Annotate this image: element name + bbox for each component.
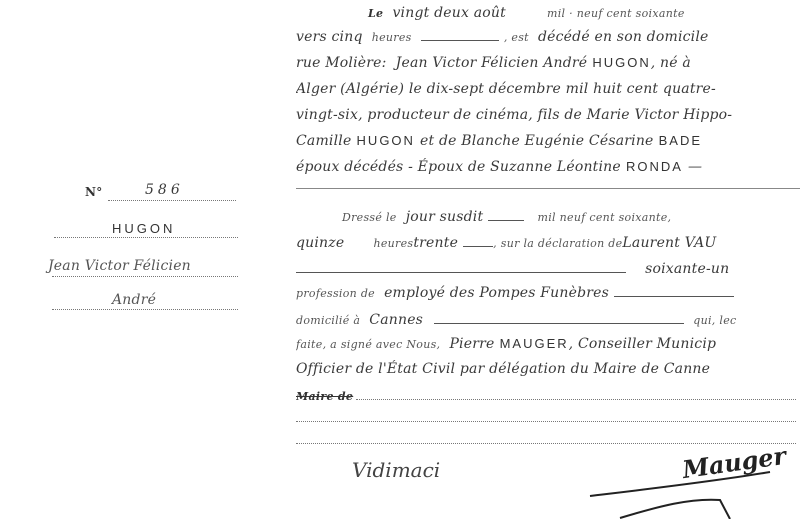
label-dresse-le: Dressé le — [342, 211, 397, 224]
label-est: , est — [504, 31, 529, 44]
occupation-parents-handwritten: vingt-six, producteur de cinéma, fils de… — [296, 107, 732, 122]
father-surname: HUGON — [357, 133, 415, 148]
mother-given-names: et de Blanche Eugénie Césarine — [420, 133, 654, 148]
officer-given-name: Pierre — [449, 336, 494, 351]
label-signe-avec-nous: faite, a signé avec Nous, — [296, 338, 440, 351]
born-at-handwritten: , né à — [651, 55, 691, 70]
death-place-handwritten: décédé en son domicile — [538, 29, 709, 44]
death-line-name: rue Molière: Jean Victor Félicien André … — [296, 52, 800, 70]
blank-rule — [421, 40, 499, 41]
margin-given-names-2: André — [112, 292, 156, 308]
mother-surname: BADE — [659, 133, 702, 148]
birth-details-handwritten: Alger (Algérie) le dix-sept décembre mil… — [296, 81, 716, 96]
decl-line-hour: quinze heurestrente , sur la déclaration… — [296, 232, 800, 250]
spouse-surname: RONDA — [626, 159, 683, 174]
death-line-hour: vers cinq heures , est décédé en son dom… — [296, 26, 800, 44]
declarant-profession: employé des Pompes Funèbres — [384, 285, 609, 300]
margin-surname-rule — [54, 237, 238, 238]
declarant-name: Laurent VAU — [622, 235, 716, 250]
officer-signature-flourish — [580, 470, 780, 519]
record-number-rule — [108, 200, 236, 201]
blank-rule — [463, 246, 493, 247]
label-maire-de-struck: Maire de — [296, 390, 353, 403]
death-date-handwritten: vingt deux août — [392, 5, 505, 20]
deceased-given-names: Jean Victor Félicien André — [396, 55, 588, 70]
margin-given-names-rule-2 — [52, 309, 238, 310]
blank-rule — [296, 272, 626, 273]
death-line-birth: Alger (Algérie) le dix-sept décembre mil… — [296, 78, 800, 96]
death-line-date: Le vingt deux août mil · neuf cent soixa… — [296, 2, 800, 20]
label-qui-lecture: qui, lec — [693, 314, 736, 327]
blank-rule — [614, 296, 734, 297]
section-divider — [296, 188, 800, 189]
label-le: Le — [368, 7, 383, 20]
spouse-dash: — — [688, 159, 702, 174]
decl-line-officer: Officier de l'État Civil par délégation … — [296, 358, 800, 376]
decl-line-signed: faite, a signé avec Nous, Pierre MAUGER,… — [296, 333, 800, 351]
officer-surname: MAUGER — [500, 336, 569, 351]
label-declaration: , sur la déclaration de — [493, 237, 622, 250]
death-line-spouse: époux décédés - Époux de Suzanne Léontin… — [296, 156, 800, 174]
spouse-handwritten: époux décédés - Époux de Suzanne Léontin… — [296, 159, 621, 174]
blank-rule — [488, 220, 524, 221]
decl-year-printed: mil neuf cent soixante, — [538, 211, 672, 224]
blank-rule-1 — [296, 421, 796, 422]
death-line-parents: Camille HUGON et de Blanche Eugénie Césa… — [296, 130, 800, 148]
decl-day-handwritten: jour susdit — [406, 209, 484, 224]
margin-given-names-rule-1 — [52, 276, 238, 277]
declarant-domicile: Cannes — [369, 312, 423, 327]
decl-hour-handwritten: quinze — [296, 235, 344, 250]
label-profession: profession de — [296, 287, 375, 300]
record-number-label: N° — [85, 185, 103, 199]
officer-delegation: Officier de l'État Civil par délégation … — [296, 361, 710, 376]
father-given-name: Camille — [296, 133, 351, 148]
decl-minutes-handwritten: trente — [413, 235, 458, 250]
label-heures: heures — [373, 237, 413, 250]
label-domicilie: domicilié à — [296, 314, 360, 327]
declarant-age: soixante-un — [645, 261, 729, 276]
officer-title: , Conseiller Municip — [569, 336, 717, 351]
record-number-value: 586 — [145, 182, 184, 198]
decl-line-maire: Maire de — [296, 385, 800, 403]
decl-line-domicile: domicilié à Cannes qui, lec — [296, 309, 800, 327]
maire-rule — [356, 399, 796, 400]
blank-rule-2 — [296, 443, 796, 444]
death-line-occupation: vingt-six, producteur de cinéma, fils de… — [296, 104, 800, 122]
decl-line-date: Dressé le jour susdit mil neuf cent soix… — [296, 206, 800, 224]
declarant-signature: Vidimaci — [352, 458, 440, 482]
death-hour-handwritten: vers cinq — [296, 29, 363, 44]
deceased-surname: HUGON — [592, 55, 650, 70]
death-street-handwritten: rue Molière: — [296, 55, 387, 70]
label-heures: heures — [372, 31, 412, 44]
decl-line-profession: profession de employé des Pompes Funèbre… — [296, 282, 800, 300]
margin-given-names-1: Jean Victor Félicien — [48, 258, 191, 274]
blank-rule — [434, 323, 684, 324]
decl-line-age: soixante-un — [296, 258, 800, 276]
margin-surname: HUGON — [112, 221, 175, 236]
death-year-printed: mil · neuf cent soixante — [547, 7, 685, 20]
